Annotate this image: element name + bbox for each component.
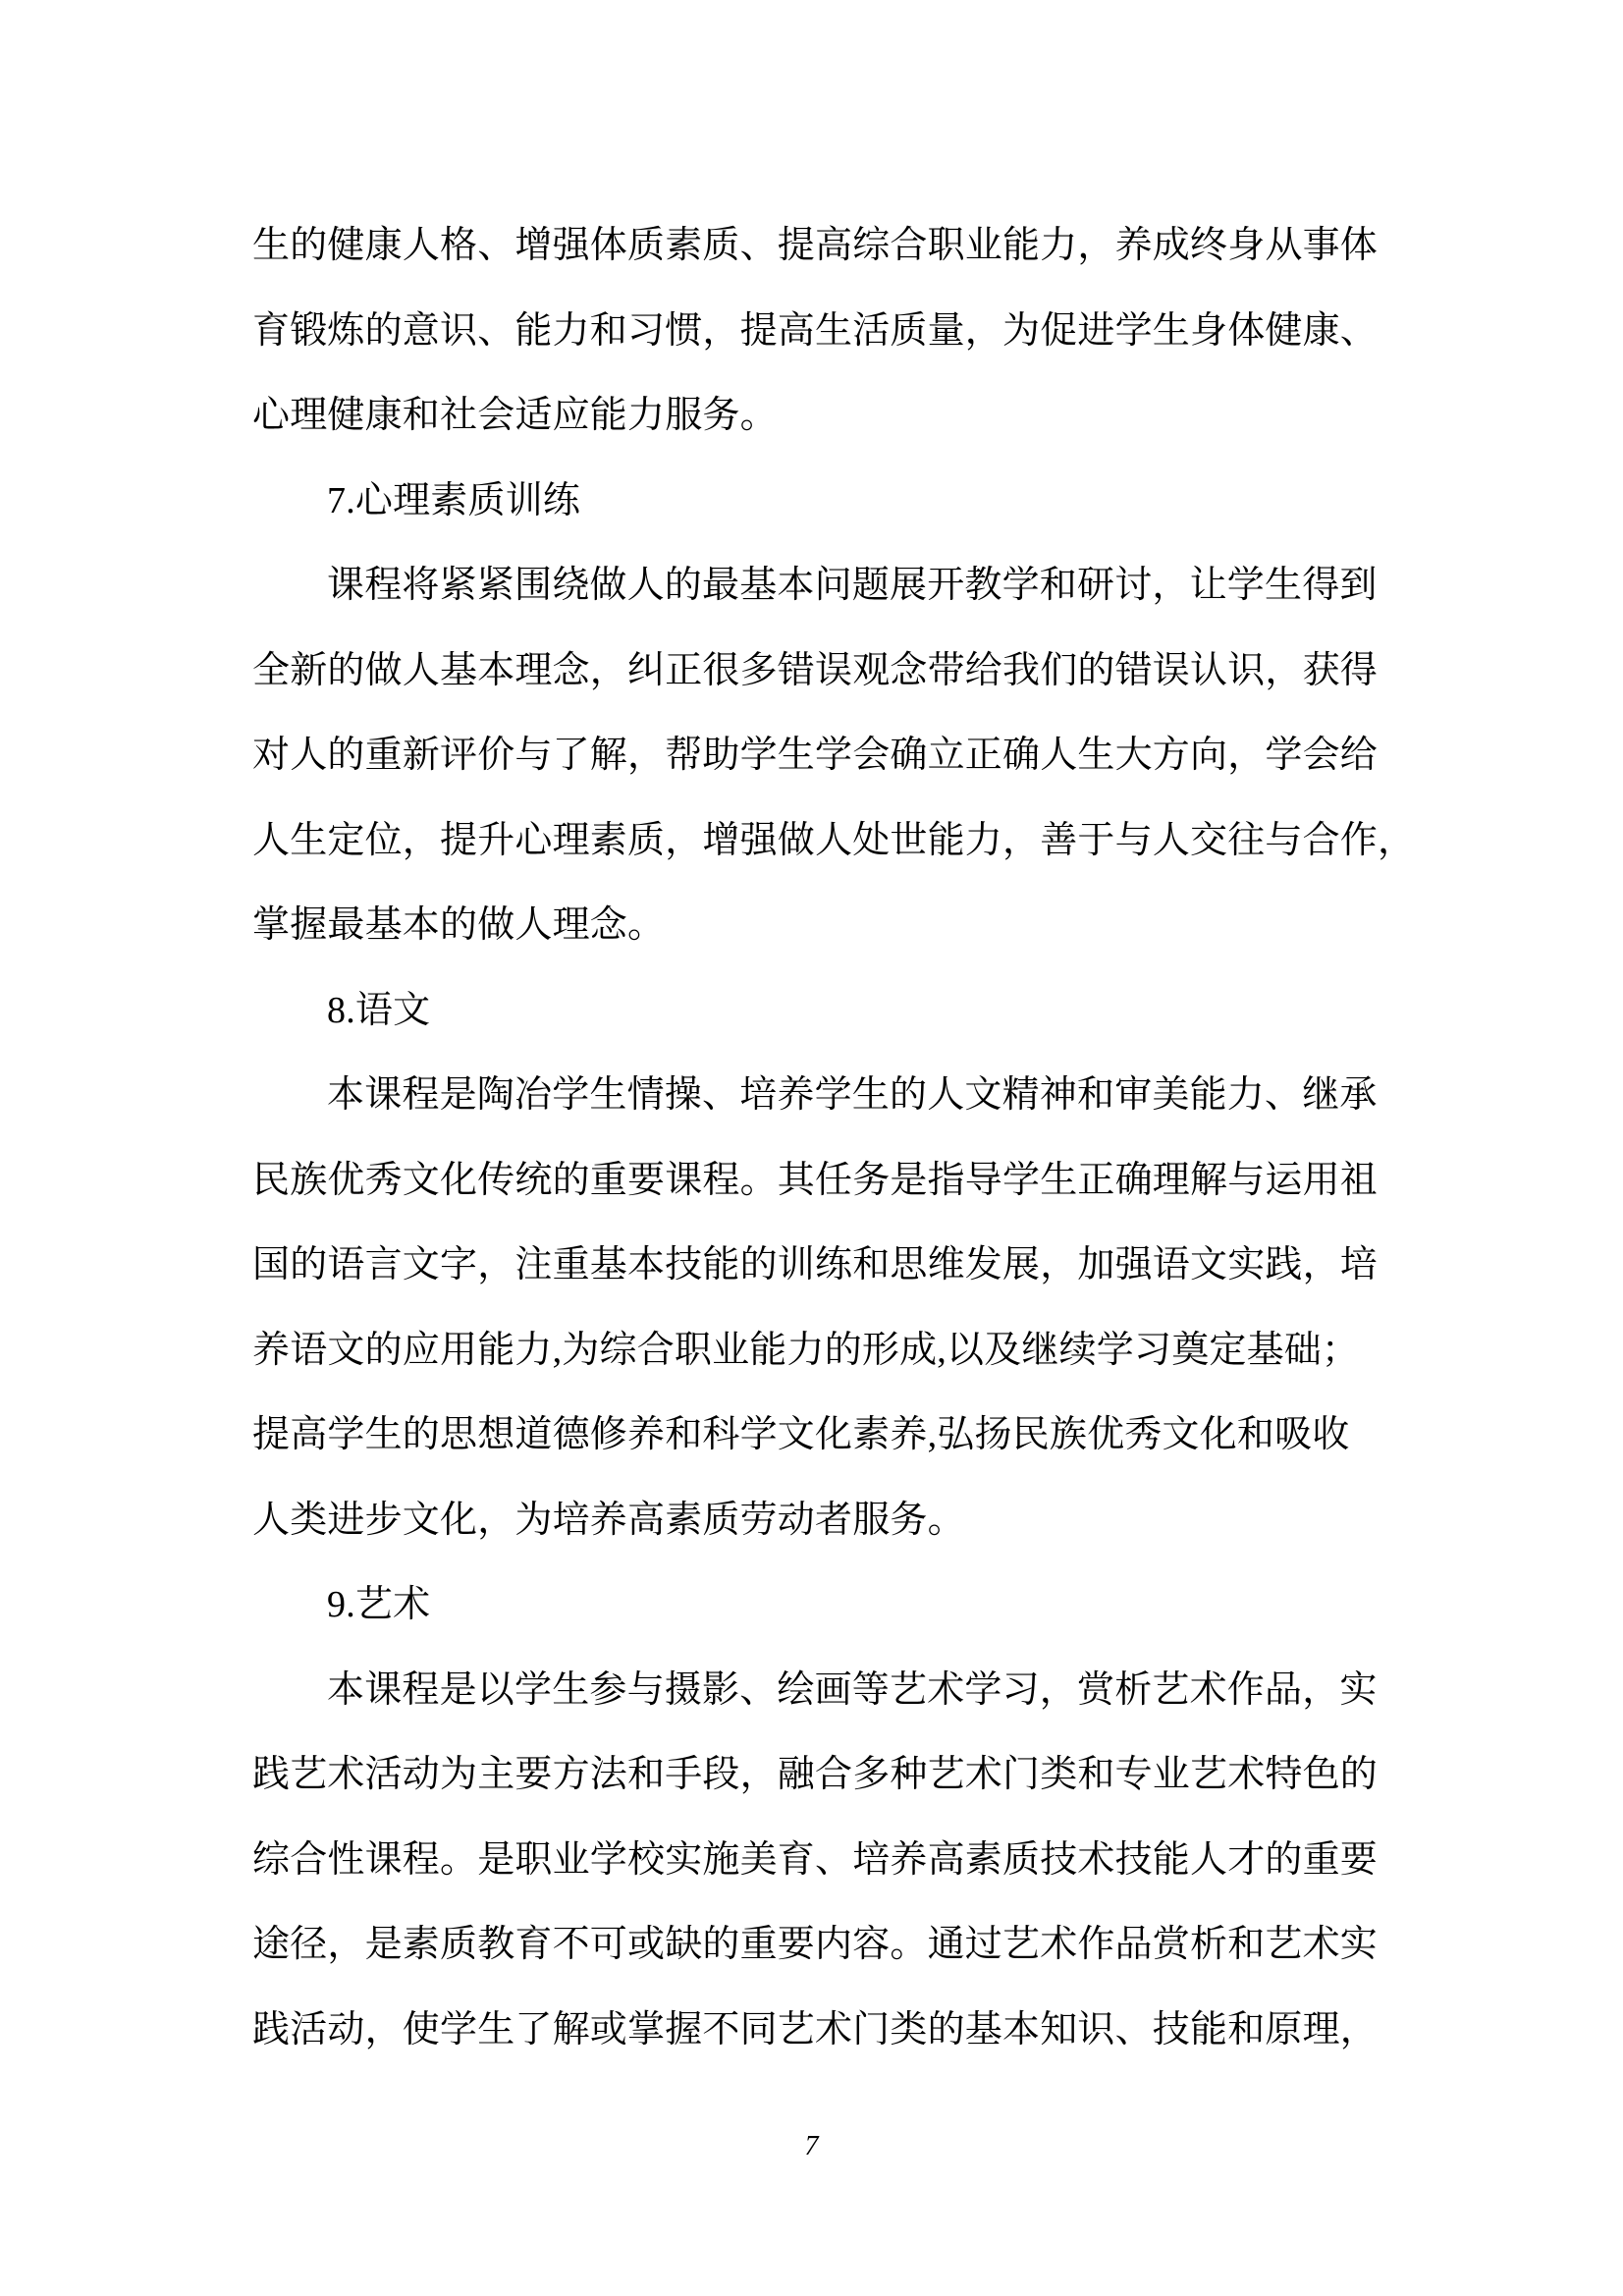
text-line: 对人的重新评价与了解，帮助学生学会确立正确人生大方向，学会给 [252,713,1378,798]
text-line: 人生定位，提升心理素质，增强做人处世能力，善于与人交往与合作， [252,798,1378,884]
heading-art: 9.艺术 [252,1562,1378,1648]
text-line: 育锻炼的意识、能力和习惯，提高生活质量，为促进学生身体健康、 [252,289,1378,374]
text-line: 掌握最基本的做人理念。 [252,883,1378,968]
text-line: 综合性课程。是职业学校实施美育、培养高素质技术技能人才的重要 [252,1818,1378,1903]
page-number: 7 [0,2129,1623,2164]
text-line: 践活动，使学生了解或掌握不同艺术门类的基本知识、技能和原理， [252,1988,1378,2073]
text-line: 提高学生的思想道德修养和科学文化素养,弘扬民族优秀文化和吸收 [252,1393,1378,1478]
heading-chinese: 8.语文 [252,968,1378,1054]
text-line: 民族优秀文化传统的重要课程。其任务是指导学生正确理解与运用祖 [252,1138,1378,1224]
text-line: 国的语言文字，注重基本技能的训练和思维发展，加强语文实践，培 [252,1223,1378,1308]
text-line: 心理健康和社会适应能力服务。 [252,373,1378,459]
heading-psych-training: 7.心理素质训练 [252,459,1378,544]
text-block: 生的健康人格、增强体质素质、提高综合职业能力，养成终身从事体 育锻炼的意识、能力… [252,203,1378,2072]
text-line: 全新的做人基本理念，纠正很多错误观念带给我们的错误认识，获得 [252,629,1378,714]
text-line: 生的健康人格、增强体质素质、提高综合职业能力，养成终身从事体 [252,203,1378,289]
text-line: 课程将紧紧围绕做人的最基本问题展开教学和研讨，让学生得到 [252,543,1378,629]
text-line: 养语文的应用能力,为综合职业能力的形成,以及继续学习奠定基础； [252,1308,1378,1394]
text-line: 本课程是陶冶学生情操、培养学生的人文精神和审美能力、继承 [252,1053,1378,1138]
text-line: 人类进步文化，为培养高素质劳动者服务。 [252,1478,1378,1563]
document-page: 生的健康人格、增强体质素质、提高综合职业能力，养成终身从事体 育锻炼的意识、能力… [0,0,1623,2296]
text-line: 本课程是以学生参与摄影、绘画等艺术学习，赏析艺术作品，实 [252,1648,1378,1733]
text-line: 途径，是素质教育不可或缺的重要内容。通过艺术作品赏析和艺术实 [252,1902,1378,1988]
text-line: 践艺术活动为主要方法和手段，融合多种艺术门类和专业艺术特色的 [252,1732,1378,1818]
